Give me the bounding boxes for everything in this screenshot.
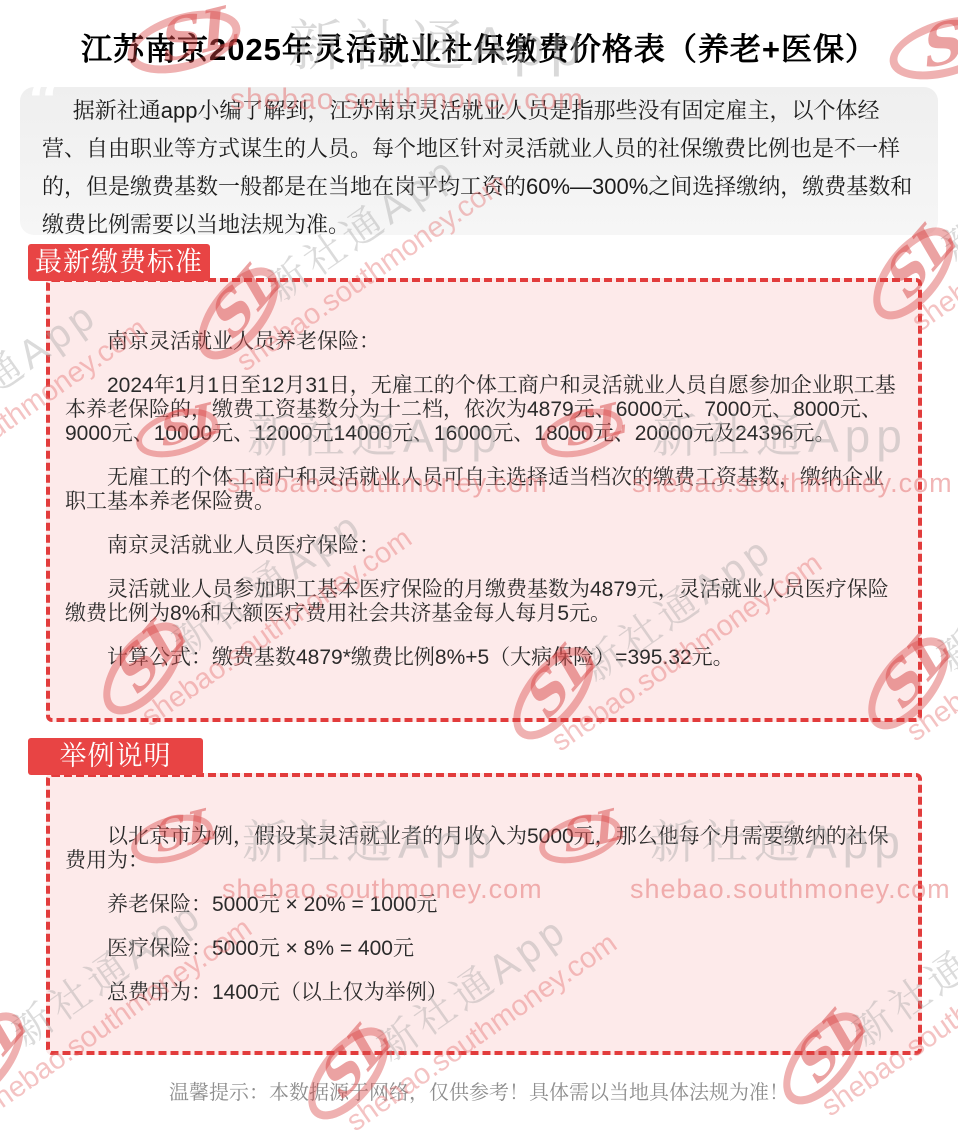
- paragraph: 无雇工的个体工商户和灵活就业人员可自主选择适当档次的缴费工资基数，缴纳企业职工基…: [65, 466, 900, 514]
- paragraph: 计算公式：缴费基数4879*缴费比例8%+5（大病保险）=395.32元。: [65, 646, 900, 670]
- panel-example: 以北京市为例，假设某灵活就业者的月收入为5000元，那么他每个月需要缴纳的社保费…: [46, 773, 922, 1055]
- paragraph: 总费用为：1400元（以上仅为举例）: [65, 981, 900, 1005]
- intro-text: 据新社通app小编了解到，江苏南京灵活就业人员是指那些没有固定雇主，以个体经营、…: [42, 92, 918, 244]
- paragraph: 灵活就业人员参加职工基本医疗保险的月缴费基数为4879元，灵活就业人员医疗保险缴…: [65, 578, 900, 626]
- paragraph: 2024年1月1日至12月31日，无雇工的个体工商户和灵活就业人员自愿参加企业职…: [65, 374, 900, 446]
- panel-payment-standard: 南京灵活就业人员养老保险： 2024年1月1日至12月31日，无雇工的个体工商户…: [46, 278, 922, 722]
- page-title: 江苏南京2025年灵活就业社保缴费价格表（养老+医保）: [0, 24, 958, 69]
- watermark-brand: 新社通App: [924, 486, 958, 683]
- paragraph: 医疗保险：5000元 × 8% = 400元: [65, 937, 900, 961]
- section-label-example: 举例说明: [28, 738, 203, 775]
- paragraph: 南京灵活就业人员养老保险：: [65, 330, 900, 354]
- quote-icon: “: [28, 73, 61, 131]
- footer-tip: 温馨提示：本数据源于网络，仅供参考！具体需以当地具体法规为准！: [0, 1076, 958, 1105]
- paragraph: 南京灵活就业人员医疗保险：: [65, 534, 900, 558]
- paragraph: 养老保险：5000元 × 20% = 1000元: [65, 893, 900, 917]
- article-page: 江苏南京2025年灵活就业社保缴费价格表（养老+医保） “ 据新社通app小编了…: [0, 0, 958, 1140]
- paragraph: 以北京市为例，假设某灵活就业者的月收入为5000元，那么他每个月需要缴纳的社保费…: [65, 825, 900, 873]
- intro-card: “ 据新社通app小编了解到，江苏南京灵活就业人员是指那些没有固定雇主，以个体经…: [20, 87, 938, 235]
- section-label-payment-standard: 最新缴费标准: [28, 244, 210, 281]
